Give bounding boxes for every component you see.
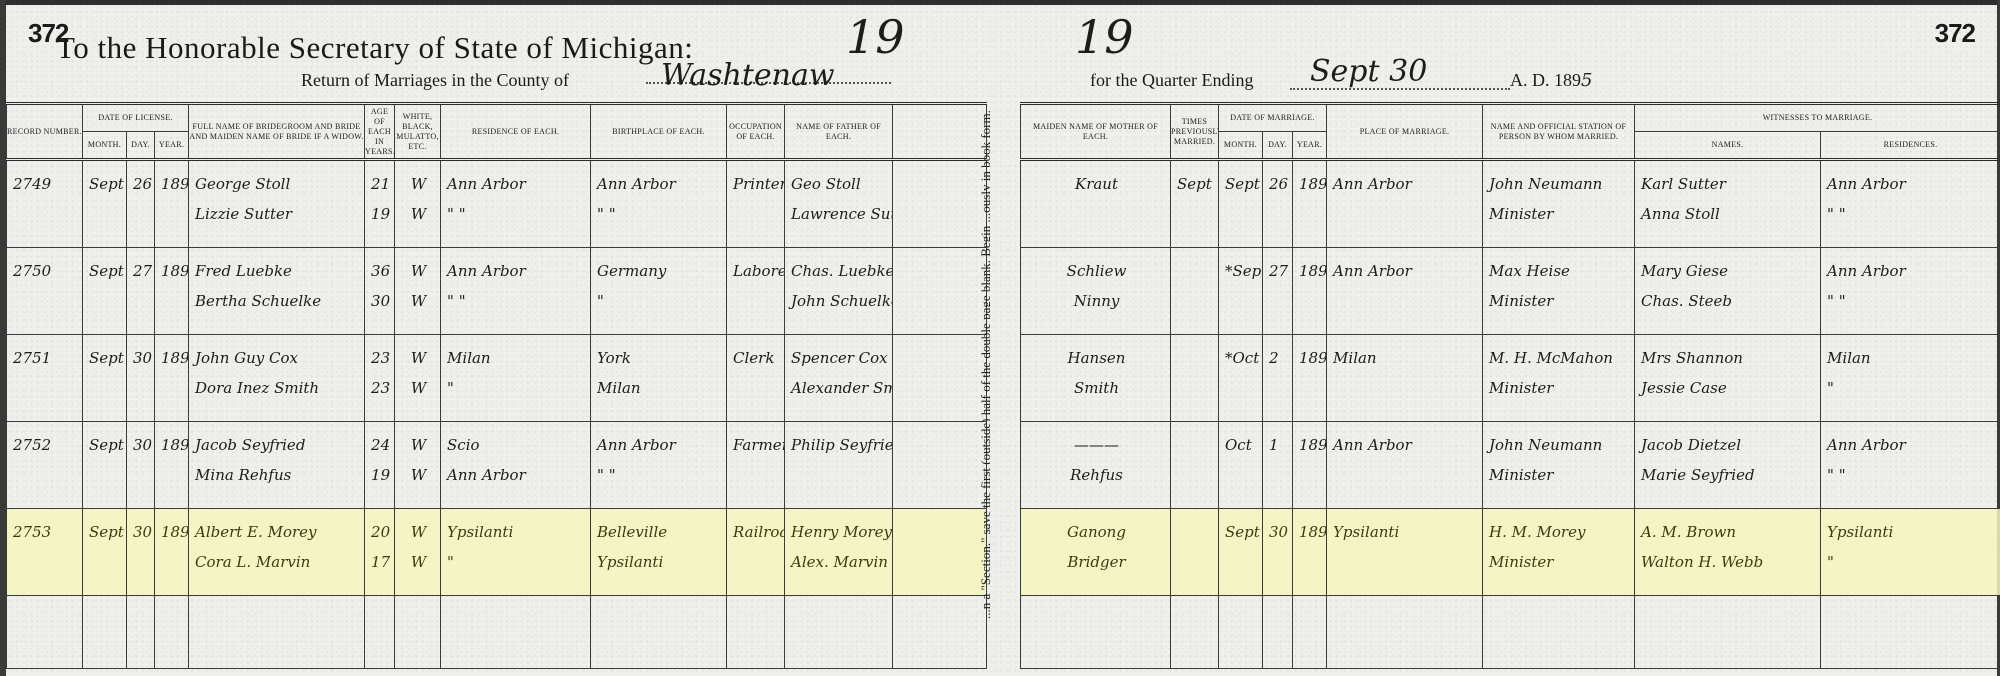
- witness-residences-line-2: " ": [1827, 199, 1996, 229]
- mothers-line-2: Ninny: [1027, 286, 1166, 316]
- witness-names-line-2: Anna Stoll: [1641, 199, 1816, 229]
- race: WW: [395, 509, 441, 596]
- witness-names-line-2: Walton H. Webb: [1641, 547, 1816, 577]
- times-married: [1171, 509, 1219, 596]
- marriage-month: *Sept: [1219, 248, 1263, 335]
- license-year: 1895: [155, 335, 189, 422]
- license-month: Sept: [83, 509, 127, 596]
- license-day-value: 27: [133, 256, 150, 286]
- license-day: 27: [127, 248, 155, 335]
- binder-margin-cell: [893, 422, 987, 509]
- residences: Ann Arbor" ": [441, 160, 591, 248]
- race-line-1: W: [401, 256, 436, 286]
- witness-residences-line-2: " ": [1827, 286, 1996, 316]
- occupation: Farmer: [727, 422, 785, 509]
- marriage-day: 26: [1263, 160, 1293, 248]
- ages-line-2: 19: [371, 460, 390, 490]
- residences: Milan": [441, 335, 591, 422]
- license-month-value: Sept: [89, 430, 122, 460]
- place-of-marriage-value: Ann Arbor: [1333, 430, 1478, 460]
- license-year: 1895: [155, 248, 189, 335]
- license-month: Sept: [83, 335, 127, 422]
- officiant: M. H. McMahonMinister: [1483, 335, 1635, 422]
- couple-names-line-1: Fred Luebke: [195, 256, 360, 286]
- marriage-year-value: 1895: [1299, 169, 1322, 199]
- place-of-marriage-value: Ann Arbor: [1333, 169, 1478, 199]
- couple-names-line-2: Mina Rehfus: [195, 460, 360, 490]
- officiant-line-1: M. H. McMahon: [1489, 343, 1630, 373]
- ages-line-2: 17: [371, 547, 390, 577]
- fathers: Geo StollLawrence Sutter: [785, 160, 893, 248]
- license-day: 30: [127, 509, 155, 596]
- place-of-marriage: Ann Arbor: [1327, 160, 1483, 248]
- birthplaces-line-2: ": [597, 286, 722, 316]
- record-row-left[interactable]: 2751Sept301895John Guy CoxDora Inez Smit…: [7, 335, 987, 422]
- marriage-year: 1895: [1293, 422, 1327, 509]
- header-father: Name of Father of Each.: [785, 104, 893, 160]
- license-day: 30: [127, 335, 155, 422]
- empty-cell: [441, 596, 591, 669]
- witness-names: Karl SutterAnna Stoll: [1635, 160, 1821, 248]
- empty-cell: [1483, 596, 1635, 669]
- race-line-2: W: [401, 460, 436, 490]
- header-officiant: Name and Official Station of Person by w…: [1483, 104, 1635, 160]
- handwritten-number-left: 19: [846, 10, 905, 64]
- empty-cell: [1635, 596, 1821, 669]
- empty-cell: [83, 596, 127, 669]
- empty-cell: [1171, 596, 1219, 669]
- occupation-value: Printer: [733, 169, 780, 199]
- witness-names-line-1: A. M. Brown: [1641, 517, 1816, 547]
- race-line-1: W: [401, 343, 436, 373]
- race: WW: [395, 335, 441, 422]
- couple-names-line-1: Albert E. Morey: [195, 517, 360, 547]
- residences: Ypsilanti": [441, 509, 591, 596]
- header-witness-residences: Residences.: [1821, 132, 2000, 160]
- license-day-value: 26: [133, 169, 150, 199]
- header-occupation: Occupation of Each.: [727, 104, 785, 160]
- record-number-value: 2750: [13, 256, 78, 286]
- ages: 2119: [365, 160, 395, 248]
- times-married: Sept: [1171, 160, 1219, 248]
- birthplaces: Ann Arbor" ": [591, 160, 727, 248]
- marriage-day: 27: [1263, 248, 1293, 335]
- marriage-month-value: *Sept: [1225, 256, 1258, 286]
- empty-cell: [155, 596, 189, 669]
- fathers-line-2: John Schuelke: [791, 286, 888, 316]
- marriage-month-value: Sept: [1225, 517, 1258, 547]
- fathers-line-1: Chas. Luebke: [791, 256, 888, 286]
- header-birthplace: Birthplace of Each.: [591, 104, 727, 160]
- couple-names-line-2: Cora L. Marvin: [195, 547, 360, 577]
- race-line-2: W: [401, 199, 436, 229]
- couple-names-line-2: Lizzie Sutter: [195, 199, 360, 229]
- marriage-day-value: 26: [1269, 169, 1288, 199]
- marriage-year-value: 1895: [1299, 517, 1322, 547]
- ages-line-2: 23: [371, 373, 390, 403]
- witness-residences: Milan": [1821, 335, 2000, 422]
- binder-margin-cell: [893, 509, 987, 596]
- header-place: Place of Marriage.: [1327, 104, 1483, 160]
- witness-residences-line-1: Ann Arbor: [1827, 256, 1996, 286]
- license-day-value: 30: [133, 430, 150, 460]
- marriage-day: 1: [1263, 422, 1293, 509]
- record-number: 2751: [7, 335, 83, 422]
- ages-line-1: 21: [371, 169, 390, 199]
- residences: Ann Arbor" ": [441, 248, 591, 335]
- header-full-name: Full Name of Bridegroom and Bride and Ma…: [189, 104, 365, 160]
- license-year: 1895: [155, 509, 189, 596]
- residences-line-2: " ": [447, 286, 586, 316]
- race-line-2: W: [401, 547, 436, 577]
- empty-cell: [189, 596, 365, 669]
- record-number-value: 2752: [13, 430, 78, 460]
- birthplaces-line-1: Belleville: [597, 517, 722, 547]
- ages-line-1: 24: [371, 430, 390, 460]
- couple-names: George StollLizzie Sutter: [189, 160, 365, 248]
- record-row-left[interactable]: 2750Sept271895Fred LuebkeBertha Schuelke…: [7, 248, 987, 335]
- birthplaces: YorkMilan: [591, 335, 727, 422]
- occupation: Clerk: [727, 335, 785, 422]
- mothers-line-1: Hansen: [1027, 343, 1166, 373]
- witness-residences-line-2: ": [1827, 373, 1996, 403]
- ages: 3630: [365, 248, 395, 335]
- record-row-right[interactable]: KrautSeptSept 3261895Ann ArborJohn Neuma…: [1021, 160, 2000, 248]
- empty-cell: [1293, 596, 1327, 669]
- witness-names: Mrs ShannonJessie Case: [1635, 335, 1821, 422]
- witness-residences: Ann Arbor" ": [1821, 248, 2000, 335]
- header-record-number: Record Number.: [7, 104, 83, 160]
- marriage-year-value: 1895: [1299, 430, 1322, 460]
- empty-cell: [127, 596, 155, 669]
- marriage-day-value: 1: [1269, 430, 1288, 460]
- marriage-year-value: 1895: [1299, 256, 1322, 286]
- officiant: John NeumannMinister: [1483, 160, 1635, 248]
- header-date-of-marriage: Date of Marriage.: [1219, 104, 1327, 132]
- witness-residences: Ann Arbor" ": [1821, 422, 2000, 509]
- fathers-line-1: Geo Stoll: [791, 169, 888, 199]
- license-month: Sept: [83, 422, 127, 509]
- occupation: Printer: [727, 160, 785, 248]
- couple-names-line-2: Bertha Schuelke: [195, 286, 360, 316]
- fathers-line-2: Alex. Marvin: [791, 547, 888, 577]
- header-license-year: Year.: [155, 132, 189, 160]
- mothers-line-1: Kraut: [1027, 169, 1166, 199]
- mothers-line-2: Bridger: [1027, 547, 1166, 577]
- ages: 2419: [365, 422, 395, 509]
- birthplaces-line-1: Ann Arbor: [597, 169, 722, 199]
- license-month-value: Sept: [89, 343, 122, 373]
- license-year-value: 1895: [161, 256, 184, 286]
- residences: ScioAnn Arbor: [441, 422, 591, 509]
- top-border: [6, 0, 990, 5]
- officiant: Max HeiseMinister: [1483, 248, 1635, 335]
- empty-cell: [1327, 596, 1483, 669]
- mothers-line-1: Ganong: [1027, 517, 1166, 547]
- fathers: Philip Seyfried: [785, 422, 893, 509]
- marriage-month: Sept 3: [1219, 160, 1263, 248]
- marriage-month-value: Oct: [1225, 430, 1258, 460]
- residences-line-1: Ann Arbor: [447, 169, 586, 199]
- license-day: 30: [127, 422, 155, 509]
- anno-domini-year: A. D. 1895: [1510, 70, 1592, 91]
- license-month: Sept: [83, 248, 127, 335]
- couple-names-line-1: Jacob Seyfried: [195, 430, 360, 460]
- witness-names-line-2: Jessie Case: [1641, 373, 1816, 403]
- place-of-marriage-value: Ann Arbor: [1333, 256, 1478, 286]
- couple-names-line-1: George Stoll: [195, 169, 360, 199]
- ages-line-1: 36: [371, 256, 390, 286]
- birthplaces: BellevilleYpsilanti: [591, 509, 727, 596]
- right-register-table: Maiden Name of Mother of Each. Times Pre…: [1020, 102, 2000, 669]
- marriage-year: 1895: [1293, 509, 1327, 596]
- mothers: HansenSmith: [1021, 335, 1171, 422]
- left-page: 372 To the Honorable Secretary of State …: [0, 0, 990, 676]
- witness-names-line-2: Marie Seyfried: [1641, 460, 1816, 490]
- times-married: [1171, 335, 1219, 422]
- empty-cell: [1021, 596, 1171, 669]
- record-row-right[interactable]: GanongBridgerSept301895YpsilantiH. M. Mo…: [1021, 509, 2000, 596]
- race: WW: [395, 160, 441, 248]
- marriage-day-value: 27: [1269, 256, 1288, 286]
- header-age: Age of Each in Years.: [365, 104, 395, 160]
- officiant-line-1: John Neumann: [1489, 430, 1630, 460]
- marriage-month-value: Sept 3: [1225, 169, 1258, 199]
- mothers: Kraut: [1021, 160, 1171, 248]
- empty-cell: [1219, 596, 1263, 669]
- header-mother: Maiden Name of Mother of Each.: [1021, 104, 1171, 160]
- witness-names: A. M. BrownWalton H. Webb: [1635, 509, 1821, 596]
- witness-names-line-2: Chas. Steeb: [1641, 286, 1816, 316]
- residences-line-1: Milan: [447, 343, 586, 373]
- officiant: H. M. MoreyMinister: [1483, 509, 1635, 596]
- record-number: 2750: [7, 248, 83, 335]
- place-of-marriage: Ypsilanti: [1327, 509, 1483, 596]
- license-year: 1895: [155, 422, 189, 509]
- mothers-line-2: Smith: [1027, 373, 1166, 403]
- empty-cell: [893, 596, 987, 669]
- mothers-line-1: ———: [1027, 430, 1166, 460]
- couple-names-line-1: John Guy Cox: [195, 343, 360, 373]
- empty-cell: [395, 596, 441, 669]
- ages-line-2: 30: [371, 286, 390, 316]
- mothers: SchliewNinny: [1021, 248, 1171, 335]
- quarter-ending-value: Sept 30: [1310, 54, 1427, 89]
- birthplaces-line-1: York: [597, 343, 722, 373]
- license-year-value: 1895: [161, 517, 184, 547]
- couple-names-line-2: Dora Inez Smith: [195, 373, 360, 403]
- officiant-line-2: Minister: [1489, 199, 1630, 229]
- occupation: Railroading: [727, 509, 785, 596]
- binder-margin-cell: [893, 160, 987, 248]
- witness-residences-line-1: Ann Arbor: [1827, 169, 1996, 199]
- header-binder-margin: [893, 104, 987, 160]
- header-license-month: Month.: [83, 132, 127, 160]
- empty-cell: [591, 596, 727, 669]
- record-row-right[interactable]: SchliewNinny*Sept271895Ann ArborMax Heis…: [1021, 248, 2000, 335]
- occupation-value: Farmer: [733, 430, 780, 460]
- residences-line-1: Ann Arbor: [447, 256, 586, 286]
- birthplaces-line-2: Milan: [597, 373, 722, 403]
- header-date-of-license: Date of License.: [83, 104, 189, 132]
- officiant-line-1: Max Heise: [1489, 256, 1630, 286]
- page-number-right: 372: [1935, 18, 1975, 49]
- record-row-left[interactable]: 2749Sept261895George StollLizzie Sutter2…: [7, 160, 987, 248]
- record-number-value: 2753: [13, 517, 78, 547]
- ages-line-1: 20: [371, 517, 390, 547]
- race-line-2: W: [401, 286, 436, 316]
- race-line-1: W: [401, 169, 436, 199]
- officiant: John NeumannMinister: [1483, 422, 1635, 509]
- residences-line-2: ": [447, 547, 586, 577]
- record-number-value: 2749: [13, 169, 78, 199]
- fathers-line-2: Alexander Smith: [791, 373, 888, 403]
- binder-margin-cell: [893, 248, 987, 335]
- license-year: 1895: [155, 160, 189, 248]
- witness-names: Mary GieseChas. Steeb: [1635, 248, 1821, 335]
- left-register-table: Record Number. Date of License. Full Nam…: [6, 102, 987, 669]
- place-of-marriage: Milan: [1327, 335, 1483, 422]
- witness-names-line-1: Mary Giese: [1641, 256, 1816, 286]
- residences-line-1: Scio: [447, 430, 586, 460]
- witness-residences-line-2: ": [1827, 547, 1996, 577]
- ages: 2323: [365, 335, 395, 422]
- witness-names-line-1: Mrs Shannon: [1641, 343, 1816, 373]
- witness-names-line-1: Jacob Dietzel: [1641, 430, 1816, 460]
- officiant-line-1: H. M. Morey: [1489, 517, 1630, 547]
- residences-line-2: " ": [447, 199, 586, 229]
- mothers: ———Rehfus: [1021, 422, 1171, 509]
- race-line-2: W: [401, 373, 436, 403]
- form-subtitle: Return of Marriages in the County of: [301, 70, 569, 91]
- race-line-1: W: [401, 517, 436, 547]
- license-year-value: 1895: [161, 169, 184, 199]
- residences-line-1: Ypsilanti: [447, 517, 586, 547]
- marriage-year: 1895: [1293, 160, 1327, 248]
- birthplaces: Germany": [591, 248, 727, 335]
- witness-residences-line-2: " ": [1827, 460, 1996, 490]
- fathers: Spencer CoxAlexander Smith: [785, 335, 893, 422]
- empty-row-right: [1021, 596, 2000, 669]
- witness-residences: Ann Arbor" ": [1821, 160, 2000, 248]
- record-number: 2753: [7, 509, 83, 596]
- birthplaces-line-1: Ann Arbor: [597, 430, 722, 460]
- occupation: Laborer: [727, 248, 785, 335]
- mothers: GanongBridger: [1021, 509, 1171, 596]
- empty-row-left: [7, 596, 987, 669]
- officiant-line-2: Minister: [1489, 547, 1630, 577]
- marriage-year-value: 1895: [1299, 343, 1322, 373]
- times-married: [1171, 248, 1219, 335]
- empty-cell: [7, 596, 83, 669]
- witness-residences: Ypsilanti": [1821, 509, 2000, 596]
- ad-year-digit: 5: [1581, 70, 1592, 91]
- marriage-day-value: 30: [1269, 517, 1288, 547]
- birthplaces-line-2: " ": [597, 460, 722, 490]
- header-marriage-month: Month.: [1219, 132, 1263, 160]
- couple-names: Jacob SeyfriedMina Rehfus: [189, 422, 365, 509]
- record-number: 2752: [7, 422, 83, 509]
- witness-residences-line-1: Ann Arbor: [1827, 430, 1996, 460]
- ages: 2017: [365, 509, 395, 596]
- fathers: Chas. LuebkeJohn Schuelke: [785, 248, 893, 335]
- marriage-day: 2: [1263, 335, 1293, 422]
- license-year-value: 1895: [161, 430, 184, 460]
- ages-line-1: 23: [371, 343, 390, 373]
- quarter-ending-label: for the Quarter Ending: [1090, 70, 1253, 91]
- marriage-day-value: 2: [1269, 343, 1288, 373]
- header-times-married: Times Previously Married.: [1171, 104, 1219, 160]
- birthplaces: Ann Arbor" ": [591, 422, 727, 509]
- record-row-right[interactable]: ———RehfusOct11895Ann ArborJohn NeumannMi…: [1021, 422, 2000, 509]
- birthplaces-line-1: Germany: [597, 256, 722, 286]
- place-of-marriage-value: Milan: [1333, 343, 1478, 373]
- officiant-line-2: Minister: [1489, 460, 1630, 490]
- fathers: Henry MoreyAlex. Marvin: [785, 509, 893, 596]
- empty-cell: [785, 596, 893, 669]
- record-row-left[interactable]: 2753Sept301895Albert E. MoreyCora L. Mar…: [7, 509, 987, 596]
- residences-line-2: Ann Arbor: [447, 460, 586, 490]
- race-line-1: W: [401, 430, 436, 460]
- record-number: 2749: [7, 160, 83, 248]
- binder-margin-cell: [893, 335, 987, 422]
- occupation-value: Clerk: [733, 343, 780, 373]
- empty-cell: [1821, 596, 2000, 669]
- fathers-line-1: Spencer Cox: [791, 343, 888, 373]
- couple-names: Fred LuebkeBertha Schuelke: [189, 248, 365, 335]
- county-name: Washtenaw: [661, 58, 861, 93]
- license-month-value: Sept: [89, 256, 122, 286]
- license-day-value: 30: [133, 343, 150, 373]
- race: WW: [395, 248, 441, 335]
- times-married-value: Sept: [1177, 169, 1214, 199]
- marriage-year: 1895: [1293, 335, 1327, 422]
- header-residence: Residence of Each.: [441, 104, 591, 160]
- record-row-right[interactable]: HansenSmith*Oct 221895MilanM. H. McMahon…: [1021, 335, 2000, 422]
- place-of-marriage: Ann Arbor: [1327, 422, 1483, 509]
- occupation-value: Railroading: [733, 517, 780, 547]
- residences-line-2: ": [447, 373, 586, 403]
- fathers-line-1: Philip Seyfried: [791, 430, 888, 460]
- header-marriage-year: Year.: [1293, 132, 1327, 160]
- witness-residences-line-1: Ypsilanti: [1827, 517, 1996, 547]
- marriage-month: Oct: [1219, 422, 1263, 509]
- birthplaces-line-2: " ": [597, 199, 722, 229]
- mothers-line-1: Schliew: [1027, 256, 1166, 286]
- license-day-value: 30: [133, 517, 150, 547]
- ages-line-2: 19: [371, 199, 390, 229]
- officiant-line-2: Minister: [1489, 373, 1630, 403]
- handwritten-number-right: 19: [1075, 10, 1134, 64]
- header-marriage-day: Day.: [1263, 132, 1293, 160]
- times-married: [1171, 422, 1219, 509]
- empty-cell: [727, 596, 785, 669]
- place-of-marriage-value: Ypsilanti: [1333, 517, 1478, 547]
- couple-names: Albert E. MoreyCora L. Marvin: [189, 509, 365, 596]
- header-witness-names: Names.: [1635, 132, 1821, 160]
- empty-cell: [365, 596, 395, 669]
- birthplaces-line-2: Ypsilanti: [597, 547, 722, 577]
- empty-cell: [1263, 596, 1293, 669]
- license-month-value: Sept: [89, 169, 122, 199]
- record-number-value: 2751: [13, 343, 78, 373]
- ad-label: A. D. 189: [1510, 70, 1581, 90]
- record-row-left[interactable]: 2752Sept301895Jacob SeyfriedMina Rehfus2…: [7, 422, 987, 509]
- officiant-line-1: John Neumann: [1489, 169, 1630, 199]
- witness-names-line-1: Karl Sutter: [1641, 169, 1816, 199]
- marriage-year: 1895: [1293, 248, 1327, 335]
- license-year-value: 1895: [161, 343, 184, 373]
